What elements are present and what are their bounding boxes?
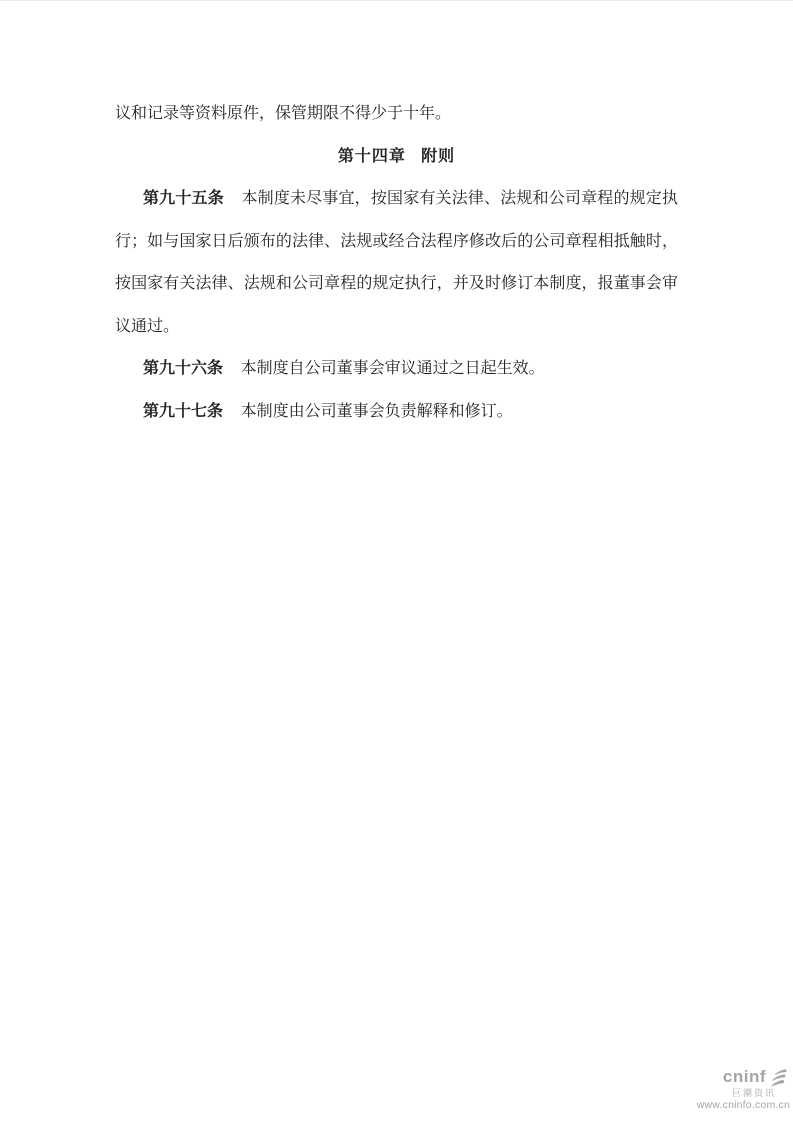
cninfo-brand-row: cninf xyxy=(697,1068,790,1088)
article-97: 第九十七条本制度由公司董事会负责解释和修订。 xyxy=(115,391,678,434)
chapter-number: 第十四章 xyxy=(338,148,406,165)
article-97-text: 本制度由公司董事会负责解释和修订。 xyxy=(241,403,513,420)
cninfo-site-name: 巨潮资讯 xyxy=(697,1089,790,1099)
paragraph-continuation: 议和记录等资料原件，保管期限不得少于十年。 xyxy=(115,93,678,136)
document-body: 议和记录等资料原件，保管期限不得少于十年。 第十四章附则 第九十五条本制度未尽事… xyxy=(115,93,678,433)
cninfo-swirl-icon xyxy=(768,1068,788,1088)
cninfo-brand-text: cninf xyxy=(723,1068,766,1087)
article-96-text: 本制度自公司董事会审议通过之日起生效。 xyxy=(241,360,545,377)
cninfo-url: www.cninfo.com.cn xyxy=(697,1100,790,1112)
article-97-number: 第九十七条 xyxy=(143,403,223,420)
cninfo-watermark: cninf 巨潮资讯 www.cninfo.com.cn xyxy=(697,1068,790,1112)
article-95-text: 本制度未尽事宜，按国家有关法律、法规和公司章程的规定执行；如与国家日后颁布的法律… xyxy=(115,190,678,335)
article-95: 第九十五条本制度未尽事宜，按国家有关法律、法规和公司章程的规定执行；如与国家日后… xyxy=(115,178,678,348)
chapter-heading: 第十四章附则 xyxy=(115,136,678,179)
article-95-number: 第九十五条 xyxy=(143,190,224,207)
article-96: 第九十六条本制度自公司董事会审议通过之日起生效。 xyxy=(115,348,678,391)
document-page: 议和记录等资料原件，保管期限不得少于十年。 第十四章附则 第九十五条本制度未尽事… xyxy=(0,0,793,1122)
chapter-title: 附则 xyxy=(421,148,455,165)
article-96-number: 第九十六条 xyxy=(143,360,223,377)
